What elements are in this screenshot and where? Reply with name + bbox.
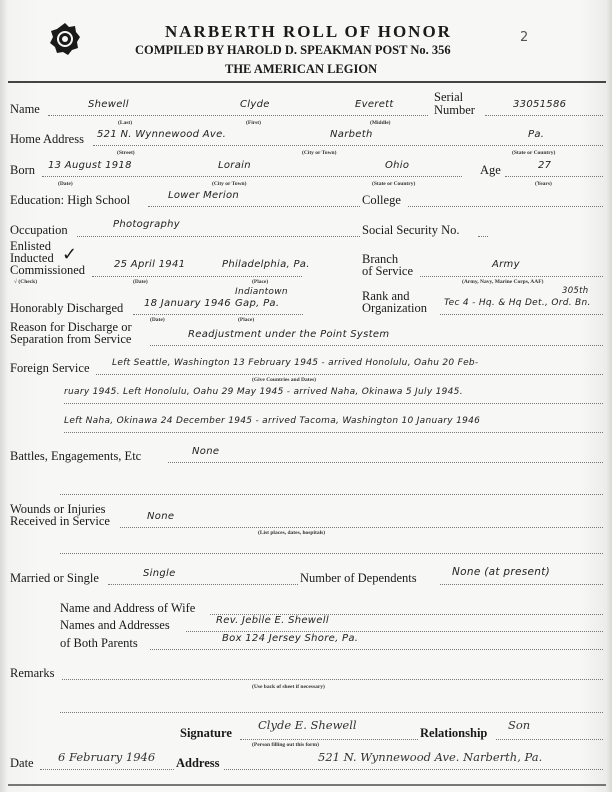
branch-label: of Service xyxy=(362,264,413,279)
page-number: 2 xyxy=(520,30,528,45)
discharge-place-line1: Indiantown xyxy=(235,287,288,297)
discharge-date-field[interactable]: 18 January 1946 xyxy=(144,298,231,309)
rank-field[interactable]: Tec 4 - Hq. & Hq Det., Ord. Bn. xyxy=(444,298,591,308)
occupation-label: Occupation xyxy=(10,223,68,238)
born-label: Born xyxy=(10,163,35,178)
parents-label: Names and Addresses xyxy=(60,618,170,633)
dependents-label: Number of Dependents xyxy=(300,571,417,586)
foreign-service-line-2[interactable]: ruary 1945. Left Honolulu, Oahu 29 May 1… xyxy=(64,387,463,397)
battles-label: Battles, Engagements, Etc xyxy=(10,449,141,464)
remarks-label: Remarks xyxy=(10,666,54,681)
signature-field[interactable]: Clyde E. Shewell xyxy=(258,718,357,732)
parents-name-field[interactable]: Rev. Jebile E. Shewell xyxy=(216,615,329,626)
age-field[interactable]: 27 xyxy=(538,160,551,171)
discharge-label: Honorably Discharged xyxy=(10,301,123,316)
rank-superscript: 305th xyxy=(562,286,588,296)
footer-rule xyxy=(8,784,606,786)
middle-name-field[interactable]: Everett xyxy=(355,99,394,110)
roll-of-honor-form: NARBERTH ROLL OF HONOR COMPILED BY HAROL… xyxy=(0,0,612,792)
high-school-field[interactable]: Lower Merion xyxy=(168,190,239,201)
home-city-field[interactable]: Narbeth xyxy=(330,129,373,140)
home-address-label: Home Address xyxy=(10,132,84,147)
last-name-field[interactable]: Shewell xyxy=(88,99,129,110)
induction-date-field[interactable]: 25 April 1941 xyxy=(114,259,185,270)
branch-field[interactable]: Army xyxy=(492,259,520,270)
relationship-label: Relationship xyxy=(420,726,487,741)
reason-field[interactable]: Readjustment under the Point System xyxy=(188,329,389,340)
rank-label: Organization xyxy=(362,301,427,316)
married-single-label: Married or Single xyxy=(10,571,99,586)
organization-name: THE AMERICAN LEGION xyxy=(225,62,377,77)
induction-place-field[interactable]: Philadelphia, Pa. xyxy=(222,259,310,270)
wife-label: Name and Address of Wife xyxy=(60,601,195,616)
age-label: Age xyxy=(480,163,501,178)
wounds-label: Received in Service xyxy=(10,514,110,529)
commissioned-option[interactable]: Commissioned xyxy=(10,263,85,278)
date-label: Date xyxy=(10,756,34,771)
birth-city-field[interactable]: Lorain xyxy=(218,160,251,171)
high-school-label: Education: High School xyxy=(10,193,130,208)
name-label: Name xyxy=(10,102,40,117)
occupation-field[interactable]: Photography xyxy=(113,219,180,230)
inducted-check-icon: ✓ xyxy=(62,244,77,265)
birth-date-field[interactable]: 13 August 1918 xyxy=(48,160,132,171)
battles-field[interactable]: None xyxy=(192,446,219,457)
header-rule xyxy=(8,81,606,83)
discharge-place-field[interactable]: Gap, Pa. xyxy=(235,298,279,309)
dependents-field[interactable]: None (at present) xyxy=(452,566,550,578)
reason-label: Separation from Service xyxy=(10,332,131,347)
address-label: Address xyxy=(176,756,220,771)
foreign-service-line-1[interactable]: Left Seattle, Washington 13 February 194… xyxy=(112,358,478,368)
first-name-field[interactable]: Clyde xyxy=(240,99,270,110)
birth-state-field[interactable]: Ohio xyxy=(385,160,409,171)
ssn-label: Social Security No. xyxy=(362,223,460,238)
american-legion-emblem-icon xyxy=(50,23,80,55)
marital-status-field[interactable]: Single xyxy=(143,568,176,579)
street-field[interactable]: 521 N. Wynnewood Ave. xyxy=(97,129,226,140)
college-label: College xyxy=(362,193,401,208)
serial-number-field[interactable]: 33051586 xyxy=(513,99,566,110)
home-state-field[interactable]: Pa. xyxy=(528,129,544,140)
date-field[interactable]: 6 February 1946 xyxy=(58,750,155,764)
form-subtitle: COMPILED BY HAROLD D. SPEAKMAN POST No. … xyxy=(135,43,451,58)
relationship-field[interactable]: Son xyxy=(508,718,530,732)
foreign-service-line-3[interactable]: Left Naha, Okinawa 24 December 1945 - ar… xyxy=(64,416,480,426)
wounds-field[interactable]: None xyxy=(147,511,174,522)
foreign-service-label: Foreign Service xyxy=(10,361,90,376)
address-field[interactable]: 521 N. Wynnewood Ave. Narberth, Pa. xyxy=(318,750,542,764)
serial-number-label: Number xyxy=(434,103,475,118)
signature-label: Signature xyxy=(180,726,232,741)
form-title: NARBERTH ROLL OF HONOR xyxy=(165,22,452,42)
parents-address-field[interactable]: Box 124 Jersey Shore, Pa. xyxy=(222,633,358,644)
